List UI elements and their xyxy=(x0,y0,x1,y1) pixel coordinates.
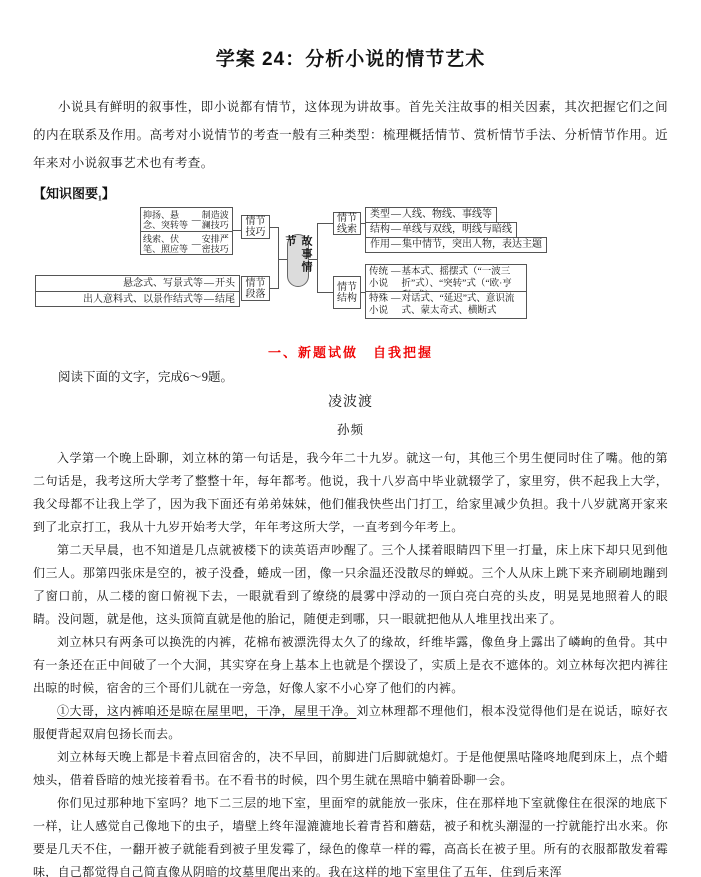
connector-line xyxy=(361,223,365,224)
row-left: 类型 xyxy=(370,208,390,222)
row-right: 单线与双线，明线与暗线 xyxy=(402,223,512,237)
row-right: 对话式、“延迟”式、意识流式、蒙太奇式、横断式 xyxy=(402,293,524,317)
connector-line xyxy=(270,288,278,289)
row-left: 抑扬、悬念、突转等 xyxy=(143,210,191,230)
story-paragraph-2: 第二天早晨，也不知道是几点就被楼下的读英语声吵醒了。三个人揉着眼睛四下里一打量，… xyxy=(33,539,668,631)
paragraph-source-row: 悬念式、写景式等—开头 xyxy=(36,276,239,292)
row-right: 安排严密技巧 xyxy=(202,234,230,254)
story-paragraph-4: ①大哥，这内裤咱还是晾在屋里吧，干净，屋里干净。刘立林理都不理他们，根本没觉得他… xyxy=(33,700,668,746)
row-right: 开头 xyxy=(215,278,235,289)
row-left: 传统小说 xyxy=(369,266,390,290)
row-right: 结尾 xyxy=(215,294,235,305)
section-heading: 一、新题试做 自我把握 xyxy=(33,342,668,361)
story-paragraph-5: 刘立林每天晚上都是卡着点回宿舍的，决不早回，前脚进门后脚就熄灯。于是他便黑咕隆咚… xyxy=(33,746,668,792)
plot-structure-node: 情节结构 xyxy=(333,276,361,309)
clue-row: 作用 — 集中情节，突出人物，表达主题 xyxy=(365,237,547,253)
row-left: 作用 xyxy=(370,238,390,252)
dash: — xyxy=(191,215,202,225)
technique-source-row: 线索、伏笔、照应等 — 安排严密技巧 xyxy=(141,232,232,255)
connector-line xyxy=(317,223,318,293)
row-left: 悬念式、写景式等 xyxy=(123,278,203,289)
plot-paragraph-node: 情节段落 xyxy=(241,276,270,301)
story-paragraph-3: 刘立林只有两条可以换洗的内裤，花棉布被漂洗得太久了的缘故，纤维毕露，像鱼身上露出… xyxy=(33,631,668,700)
dash: — xyxy=(390,223,402,237)
plot-technique-node: 情节技巧 xyxy=(241,215,270,239)
story-plot-center-node: 故事情节 xyxy=(287,234,309,287)
paragraph-source-box: 悬念式、写景式等—开头 出人意料式、以景作结式等—结尾 xyxy=(35,275,240,307)
connector-line xyxy=(270,227,278,228)
row-right: 人线、物线、事线等 xyxy=(402,208,492,222)
reading-instruction: 阅读下面的文字，完成6～9题。 xyxy=(33,367,668,387)
connector-line xyxy=(278,259,287,260)
story-body: 入学第一个晚上卧聊，刘立林的第一句话是，我今年二十九岁。就这一句，其他三个男生便… xyxy=(33,447,668,877)
connector-line xyxy=(317,223,333,224)
paragraph-source-row: 出人意料式、以景作结式等—结尾 xyxy=(36,292,239,307)
page-title: 学案 24：分析小说的情节艺术 xyxy=(33,44,668,71)
connector-line xyxy=(317,292,333,293)
story-title: 凌波渡 xyxy=(33,391,668,411)
story-paragraph-1: 入学第一个晚上卧聊，刘立林的第一句话是，我今年二十九岁。就这一句，其他三个男生便… xyxy=(33,447,668,539)
technique-source-box: 抑扬、悬念、突转等 — 制造波澜技巧 线索、伏笔、照应等 — 安排严密技巧 xyxy=(140,207,233,255)
connector-line xyxy=(233,230,241,231)
dash: — xyxy=(390,266,402,278)
structure-row: 特殊小说 — 对话式、“延迟”式、意识流式、蒙太奇式、横断式 xyxy=(365,291,527,319)
plot-clue-node: 情节线索 xyxy=(333,212,361,235)
dash: — xyxy=(203,278,215,289)
dash: — xyxy=(390,293,402,305)
row-left: 出人意料式、以景作结式等 xyxy=(83,294,203,305)
knowledge-map-label: 【知识图要₁】 xyxy=(33,183,668,202)
clue-row: 结构 — 单线与双线，明线与暗线 xyxy=(365,222,517,238)
dash: — xyxy=(191,239,202,249)
story-paragraph-6: 你们见过那种地下室吗？地下二三层的地下室，里面窄的就能放一张床，住在那样地下室就… xyxy=(33,792,668,877)
underlined-sentence: ①大哥，这内裤咱还是晾在屋里吧，干净，屋里干净。 xyxy=(57,704,356,718)
dash: — xyxy=(390,238,402,252)
row-left: 线索、伏笔、照应等 xyxy=(143,234,191,254)
connector-line xyxy=(309,259,317,260)
row-left: 特殊小说 xyxy=(369,293,390,317)
row-right: 制造波澜技巧 xyxy=(202,210,230,230)
clue-row: 类型 — 人线、物线、事线等 xyxy=(365,207,497,223)
row-right: 集中情节，突出人物，表达主题 xyxy=(402,238,542,252)
connector-line xyxy=(278,227,279,289)
document-page: 学案 24：分析小说的情节艺术 小说具有鲜明的叙事性，即小说都有情节，这体现为讲… xyxy=(0,0,701,877)
story-author: 孙频 xyxy=(33,420,668,438)
row-left: 结构 xyxy=(370,223,390,237)
knowledge-map-diagram: 抑扬、悬念、突转等 — 制造波澜技巧 线索、伏笔、照应等 — 安排严密技巧 情节… xyxy=(33,204,668,322)
dash: — xyxy=(390,208,402,222)
intro-paragraph: 小说具有鲜明的叙事性，即小说都有情节，这体现为讲故事。首先关注故事的相关因素，其… xyxy=(33,93,668,177)
technique-source-row: 抑扬、悬念、突转等 — 制造波澜技巧 xyxy=(141,208,232,232)
connector-line xyxy=(361,292,365,293)
dash: — xyxy=(203,294,215,305)
